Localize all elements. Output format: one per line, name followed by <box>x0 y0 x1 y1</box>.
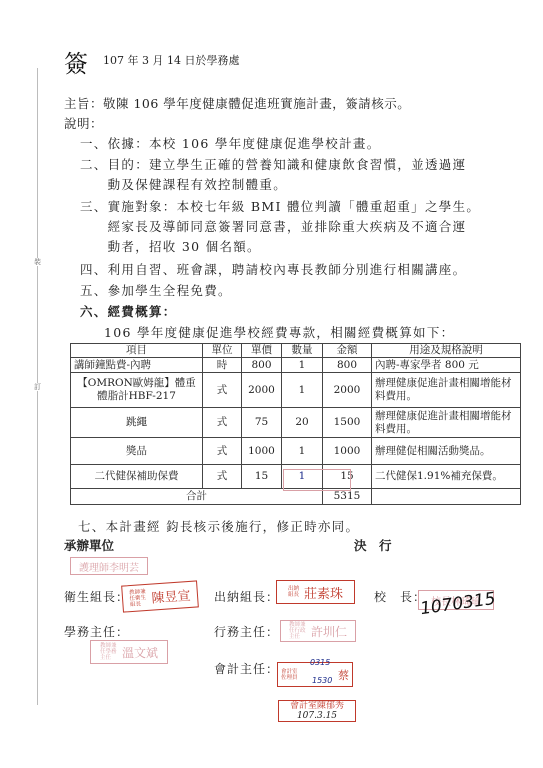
header-amount: 金額 <box>323 344 372 358</box>
accounting-note-top: 0315 <box>310 658 330 667</box>
item-3: 三、實施對象：本校七年級 BMI 體位判讀「體重超重」之學生。 經家長及導師同意… <box>80 197 480 257</box>
header-item: 項目 <box>71 344 203 358</box>
document-type-sign: 簽 <box>64 44 88 79</box>
header-quantity: 數量 <box>282 344 323 358</box>
header-description: 用途及規格說明 <box>372 344 521 358</box>
accounting-label: 會計主任： <box>214 660 279 677</box>
student-affairs-stamp: 教師兼任學務主任 溫文斌 <box>90 640 168 664</box>
header-unit: 單位 <box>203 344 242 358</box>
subject-line: 主旨：敬陳 106 學年度健康體促進班實施計畫，簽請核示。 <box>64 94 410 112</box>
item-1: 一、依據：本校 106 學年度健康促進學校計畫。 <box>80 134 381 154</box>
accounting-note-bottom: 1530 <box>312 676 332 685</box>
accounting-office-stamp: 會計室陳郁秀 107.3.15 <box>278 700 356 722</box>
cashier-leader-stamp: 出納組長 莊素珠 <box>276 580 355 604</box>
budget-intro: 106 學年度健康促進學校經費專款，相關經費概算如下： <box>104 323 454 343</box>
item-6-budget-heading: 六、經費概算： <box>80 302 177 322</box>
table-row: 獎品 式 1000 1 1000 辦理健促相關活動獎品。 <box>71 438 521 465</box>
table-header-row: 項目 單位 單價 數量 金額 用途及規格說明 <box>71 344 521 358</box>
item-4: 四、利用自習、班會課，聘請校內專長教師分別進行相關講座。 <box>80 260 466 280</box>
table-overlay-stamp <box>283 469 351 491</box>
table-row: 講師鐘點費-內聘 時 800 1 800 內聘-專家學者 800 元 <box>71 358 521 373</box>
decision-heading: 決 行 <box>354 536 392 554</box>
handling-unit-heading: 承辦單位 <box>64 536 114 554</box>
explain-label: 說明： <box>64 114 103 132</box>
item-5: 五、參加學生全程免費。 <box>80 281 232 301</box>
binding-mark-bottom: 訂 <box>34 383 41 391</box>
cashier-leader-label: 出納組長： <box>214 588 279 605</box>
student-affairs-label: 學務主任： <box>64 623 129 640</box>
general-affairs-stamp: 教師兼任行政主任 許圳仁 <box>280 620 356 642</box>
document-date: 107 年 3 月 14 日於學務處 <box>103 52 239 68</box>
item-2: 二、目的：建立學生正確的營養知識和健康飲食習慣，並透過運 動及保健課程有效控制體… <box>80 155 466 195</box>
health-leader-label: 衛生組長： <box>64 588 129 605</box>
table-row: 【OMRON歐姆龍】體重體脂計HBF-217 式 2000 1 2000 辦理健… <box>71 373 521 408</box>
general-affairs-label: 行務主任： <box>214 623 279 640</box>
item-7: 七、本計畫經 鈞長核示後施行，修正時亦同。 <box>78 517 359 537</box>
health-leader-stamp: 教師兼任衛生組長 陳昱宣 <box>121 580 199 612</box>
table-row: 跳繩 式 75 20 1500 辦理健康促進計畫相關增能材料費用。 <box>71 408 521 438</box>
nurse-stamp: 護理師李明芸 <box>70 557 148 575</box>
binding-mark-top: 裝 <box>34 258 41 266</box>
header-unit-price: 單價 <box>242 344 282 358</box>
